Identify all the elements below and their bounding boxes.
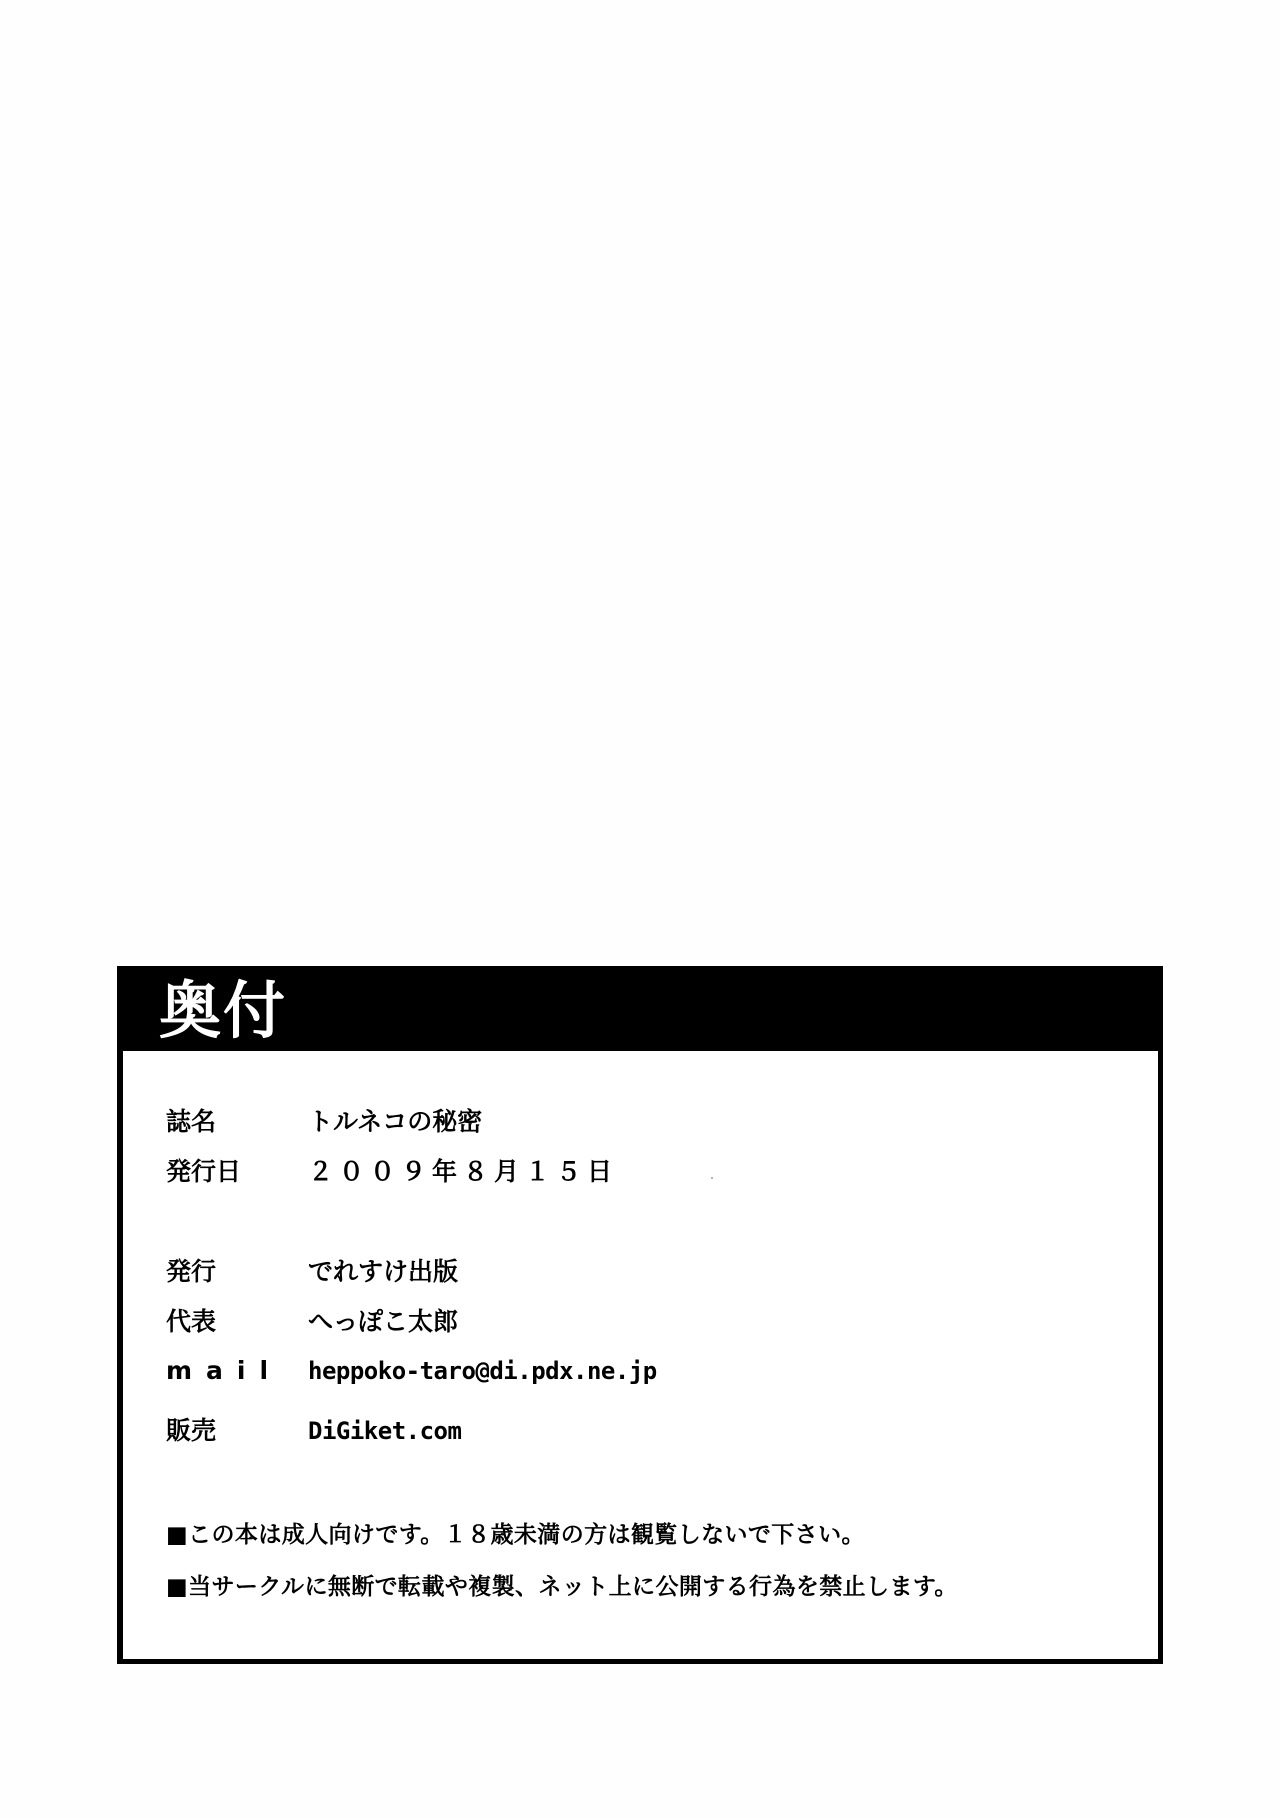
row-sales: 販売 DiGiket.com bbox=[123, 1415, 1123, 1449]
label-magazine-title: 誌名 bbox=[166, 1106, 216, 1138]
label-sales: 販売 bbox=[166, 1415, 216, 1447]
row-mail: mail heppoko-taro@di.pdx.ne.jp bbox=[123, 1355, 1123, 1389]
row-publisher: 発行 でれすけ出版 bbox=[123, 1256, 1123, 1290]
value-mail: heppoko-taro@di.pdx.ne.jp bbox=[308, 1355, 657, 1387]
label-representative: 代表 bbox=[166, 1306, 216, 1338]
colophon-box: 奥付 誌名 トルネコの秘密 発行日 ２００９年８月１５日 発行 でれすけ出版 代… bbox=[117, 966, 1163, 1664]
label-publisher: 発行 bbox=[166, 1256, 216, 1288]
notice-no-reproduction: ■当サークルに無断で転載や複製、ネット上に公開する行為を禁止します。 bbox=[166, 1572, 958, 1602]
value-magazine-title: トルネコの秘密 bbox=[308, 1106, 482, 1138]
value-publisher: でれすけ出版 bbox=[308, 1256, 458, 1288]
notice-adult-content: ■この本は成人向けです。１８歳未満の方は観覧しないで下さい。 bbox=[166, 1520, 865, 1550]
value-issue-date: ２００９年８月１５日 bbox=[308, 1156, 618, 1188]
colophon-title: 奥付 bbox=[159, 975, 287, 1047]
document-page: 奥付 誌名 トルネコの秘密 発行日 ２００９年８月１５日 発行 でれすけ出版 代… bbox=[0, 0, 1280, 1818]
row-issue-date: 発行日 ２００９年８月１５日 bbox=[123, 1156, 1123, 1190]
value-sales: DiGiket.com bbox=[308, 1415, 461, 1447]
label-issue-date: 発行日 bbox=[166, 1156, 241, 1188]
row-representative: 代表 へっぽこ太郎 bbox=[123, 1306, 1123, 1340]
row-magazine-title: 誌名 トルネコの秘密 bbox=[123, 1106, 1123, 1140]
value-representative: へっぽこ太郎 bbox=[308, 1306, 458, 1338]
colophon-header-bar: 奥付 bbox=[123, 971, 1158, 1051]
scan-artifact-dot bbox=[711, 1177, 713, 1179]
label-mail: mail bbox=[166, 1355, 282, 1387]
